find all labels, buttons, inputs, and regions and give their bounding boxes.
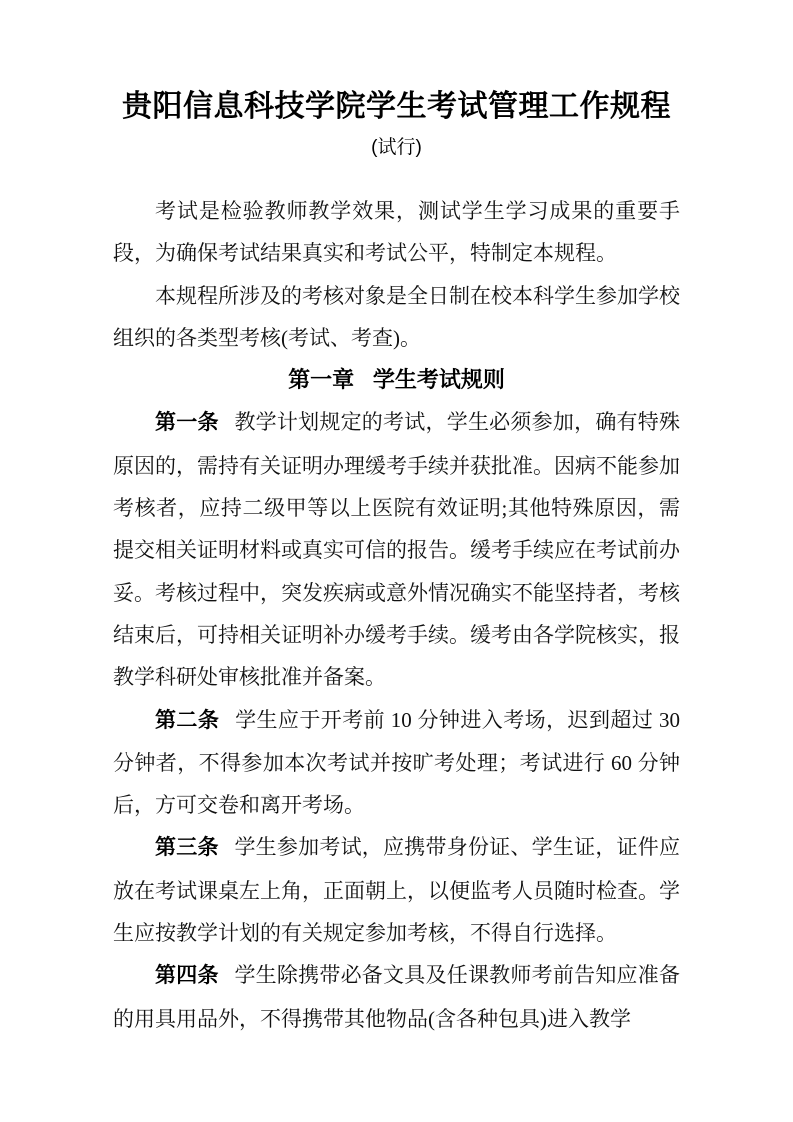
article-1-label: 第一条 [155, 411, 219, 434]
article-paragraph-3: 第三条学生参加考试，应携带身份证、学生证，证件应放在考试课桌左上角，正面朝上，以… [113, 826, 680, 954]
document-page: 贵阳信息科技学院学生考试管理工作规程 (试行) 考试是检验教师教学效果，测试学生… [0, 0, 793, 1122]
article-1-text: 教学计划规定的考试，学生必须参加，确有特殊原因的，需持有关证明办理缓考手续并获批… [113, 410, 680, 689]
article-2-label: 第二条 [155, 709, 219, 732]
intro-paragraph-2: 本规程所涉及的考核对象是全日制在校本科学生参加学校组织的各类型考核(考试、考查)… [113, 275, 680, 360]
article-paragraph-4: 第四条学生除携带必备文具及任课教师考前告知应准备的用具用品外，不得携带其他物品(… [113, 954, 680, 1040]
chapter-label: 第一章 [288, 367, 354, 392]
chapter-heading: 第一章学生考试规则 [113, 359, 680, 401]
article-paragraph-1: 第一条教学计划规定的考试，学生必须参加，确有特殊原因的，需持有关证明办理缓考手续… [113, 401, 680, 698]
intro-paragraph-1: 考试是检验教师教学效果，测试学生学习成果的重要手段，为确保考试结果真实和考试公平… [113, 190, 680, 275]
chapter-title: 学生考试规则 [373, 367, 505, 392]
document-subtitle: (试行) [113, 136, 680, 160]
document-body: 考试是检验教师教学效果，测试学生学习成果的重要手段，为确保考试结果真实和考试公平… [113, 190, 680, 1040]
article-paragraph-2: 第二条学生应于开考前 10 分钟进入考场，迟到超过 30 分钟者，不得参加本次考… [113, 699, 680, 827]
article-4-label: 第四条 [155, 964, 219, 987]
article-3-label: 第三条 [155, 836, 219, 859]
document-title: 贵阳信息科技学院学生考试管理工作规程 [113, 86, 680, 128]
